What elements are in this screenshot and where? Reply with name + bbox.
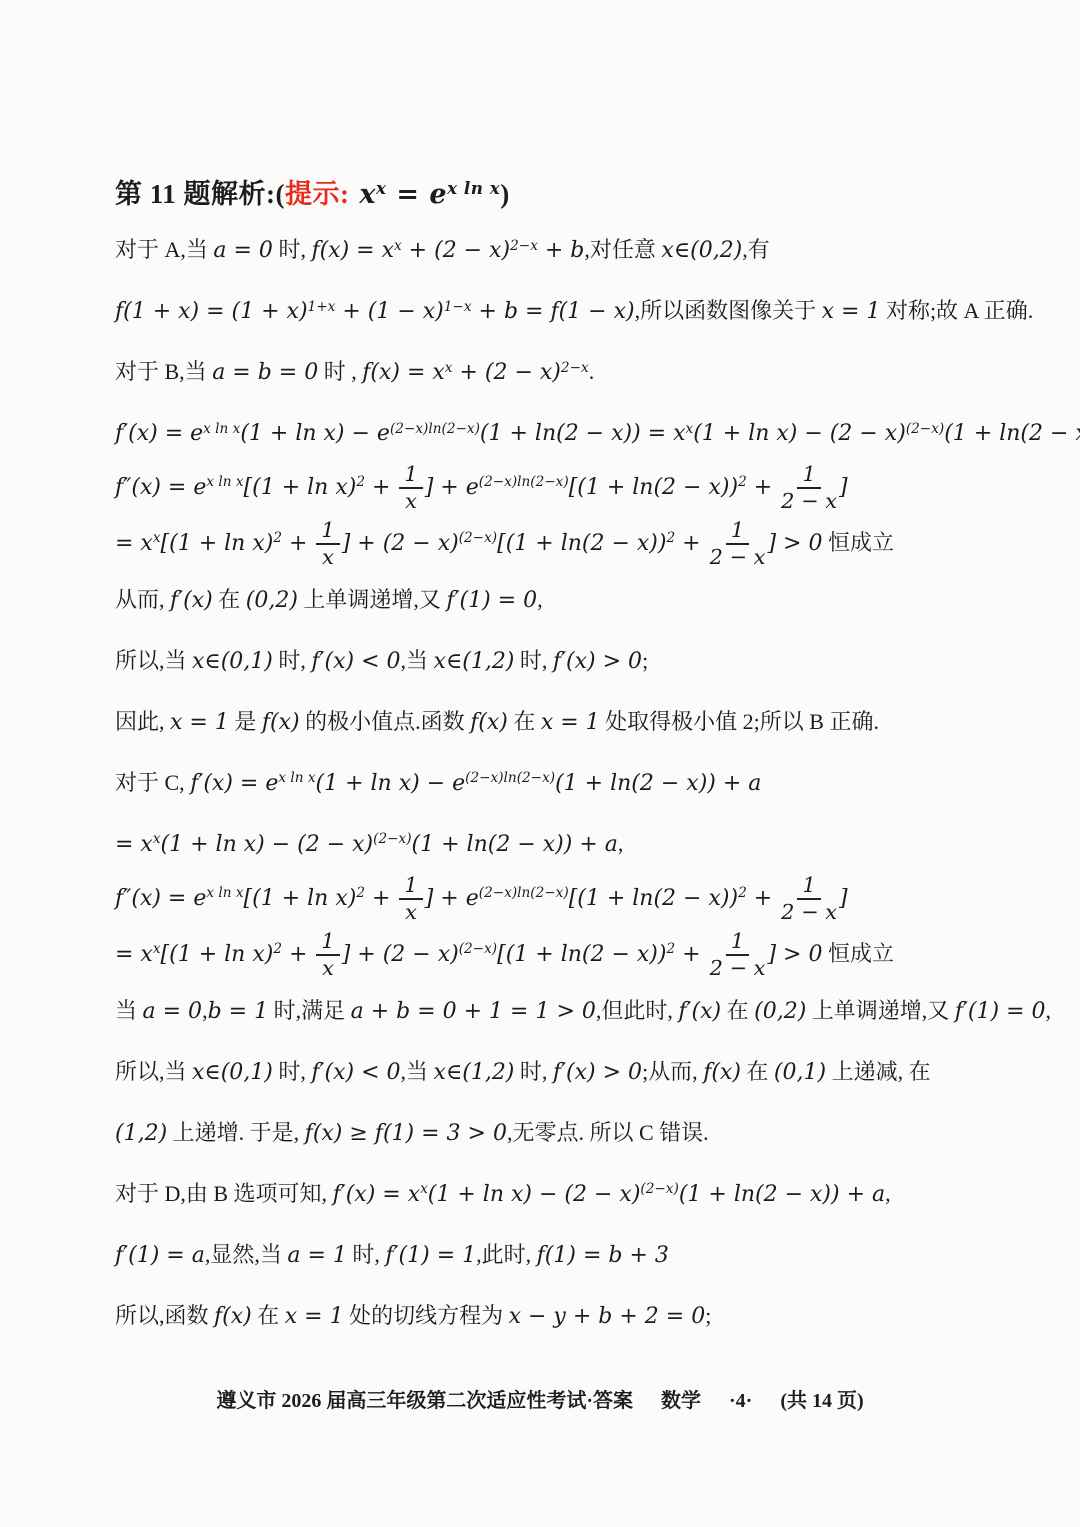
line-c-conclusion: (1,2) 上递增. 于是, f(x) ≥ f(1) = 3 > 0,无零点. … bbox=[115, 1118, 1068, 1149]
solution-content: 第 11 题解析:(提示: xx = ex ln x) 对于 A,当 a = 0… bbox=[0, 0, 1080, 1332]
footer-total-pages: (共 14 页) bbox=[780, 1390, 863, 1412]
line-b-fsecond: f″(x) = ex ln x[(1 + ln x)2 + 1x] + e(2−… bbox=[115, 463, 1068, 513]
line-b-fsecond-positive: = xx[(1 + ln x)2 + 1x] + (2 − x)(2−x)[(1… bbox=[115, 519, 1068, 569]
line-d-tangent: 所以,函数 f(x) 在 x = 1 处的切线方程为 x − y + b + 2… bbox=[115, 1301, 1068, 1332]
line-c-sign: 所以,当 x∈(0,1) 时, f′(x) < 0,当 x∈(1,2) 时, f… bbox=[115, 1057, 1068, 1088]
line-d-intro: 对于 D,由 B 选项可知, f′(x) = xx(1 + ln x) − (2… bbox=[115, 1179, 1068, 1210]
hint-formula: xx = ex ln x bbox=[350, 179, 501, 209]
problem-title: 第 11 题解析:(提示: xx = ex ln x) bbox=[115, 172, 1068, 211]
line-b-conclusion: 因此, x = 1 是 f(x) 的极小值点.函数 f(x) 在 x = 1 处… bbox=[115, 707, 1068, 738]
line-c-fprime-simplified: = xx(1 + ln x) − (2 − x)(2−x)(1 + ln(2 −… bbox=[115, 829, 1068, 860]
page: 第 11 题解析:(提示: xx = ex ln x) 对于 A,当 a = 0… bbox=[0, 0, 1080, 1527]
footer-subject: 数学 bbox=[661, 1390, 701, 1412]
line-b-monotonic: 从而, f′(x) 在 (0,2) 上单调递增,又 f′(1) = 0, bbox=[115, 585, 1068, 616]
line-b-fprime: f′(x) = ex ln x(1 + ln x) − e(2−x)ln(2−x… bbox=[115, 418, 1068, 449]
line-d-values: f′(1) = a,显然,当 a = 1 时, f′(1) = 1,此时, f(… bbox=[115, 1240, 1068, 1271]
page-footer: 遵义市 2026 届高三年级第二次适应性考试·答案数学·4·(共 14 页) bbox=[0, 1384, 1080, 1413]
line-c-case: 当 a = 0,b = 1 时,满足 a + b = 0 + 1 = 1 > 0… bbox=[115, 996, 1068, 1027]
footer-page-number: ·4· bbox=[729, 1390, 752, 1412]
line-b-intro: 对于 B,当 a = b = 0 时 , f(x) = xx + (2 − x)… bbox=[115, 357, 1068, 388]
footer-exam-name: 遵义市 2026 届高三年级第二次适应性考试·答案 bbox=[216, 1390, 633, 1412]
line-c-fsecond-positive: = xx[(1 + ln x)2 + 1x] + (2 − x)(2−x)[(1… bbox=[115, 930, 1068, 980]
line-b-sign: 所以,当 x∈(0,1) 时, f′(x) < 0,当 x∈(1,2) 时, f… bbox=[115, 646, 1068, 677]
line-c-fsecond: f″(x) = ex ln x[(1 + ln x)2 + 1x] + e(2−… bbox=[115, 874, 1068, 924]
line-c-intro: 对于 C, f′(x) = ex ln x(1 + ln x) − e(2−x)… bbox=[115, 768, 1068, 799]
line-a-intro: 对于 A,当 a = 0 时, f(x) = xx + (2 − x)2−x +… bbox=[115, 235, 1068, 266]
title-suffix: ) bbox=[500, 179, 510, 209]
title-prefix: 第 11 题解析:( bbox=[115, 179, 285, 209]
hint-label: 提示: bbox=[285, 179, 350, 209]
line-a-symmetry: f(1 + x) = (1 + x)1+x + (1 − x)1−x + b =… bbox=[115, 296, 1068, 327]
